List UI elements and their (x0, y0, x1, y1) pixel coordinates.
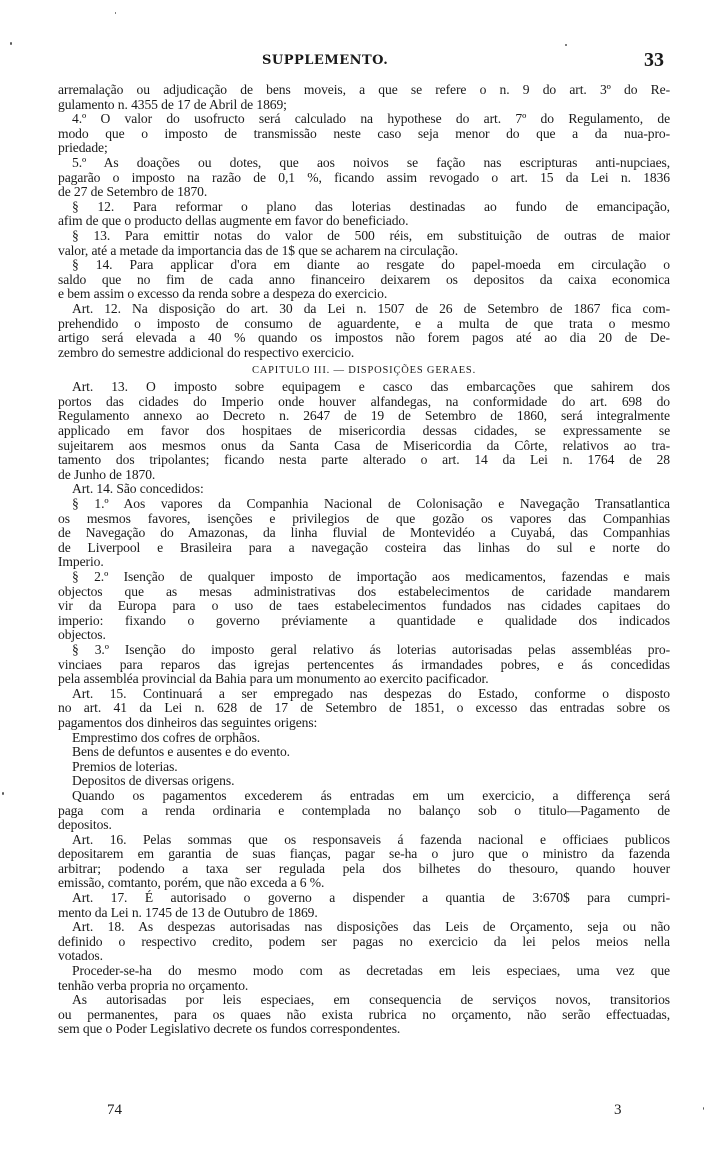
text-line: arbitrar; podendo a taxa ser regulada pe… (58, 862, 670, 877)
text-line: vir da Europa para o uso de taes estabel… (58, 599, 670, 614)
text-line: sem que o Poder Legislativo decrete os f… (58, 1022, 670, 1037)
text-line: de Navegação do Amazonas, da linha fluvi… (58, 526, 670, 541)
text-line: objectos. (58, 628, 670, 643)
text-line: priedade; (58, 141, 670, 156)
text-line: afim de que o producto dellas augmente e… (58, 214, 670, 229)
text-line: pagamentos dos dinheiros das seguintes o… (58, 716, 670, 731)
page-number: 33 (644, 49, 664, 72)
text-line: depositarem em garantia de suas fianças,… (58, 847, 670, 862)
chapter-heading: CAPITULO III. — DISPOSIÇÕES GERAES. (58, 360, 670, 380)
text-line: objectos que as mesas administrativas do… (58, 585, 670, 600)
text-line: § 13. Para emittir notas do valor de 500… (58, 229, 670, 244)
text-line: sujeitarem aos mesmos onus da Santa Casa… (58, 439, 670, 454)
body-text: arremalação ou adjudicação de bens movei… (58, 83, 670, 1037)
text-line: portos das cidades do Imperio onde houve… (58, 395, 670, 410)
text-line: definido o respectivo credito, podem ser… (58, 935, 670, 950)
text-line: 5.º As doações ou dotes, que aos noivos … (58, 156, 670, 171)
text-line: os mesmos favores, isenções e privilegio… (58, 512, 670, 527)
page-footer: 74 3 (0, 1102, 714, 1122)
text-line: de Liverpool e Brasileira para a navegaç… (58, 541, 670, 556)
text-line: Art. 18. As despezas autorisadas nas dis… (58, 920, 670, 935)
text-line: de 27 de Setembro de 1870. (58, 185, 670, 200)
text-line: § 2.º Isenção de qualquer imposto de imp… (58, 570, 670, 585)
text-line: mento da Lei n. 1745 de 13 de Outubro de… (58, 906, 670, 921)
text-line: tamento dos tripolantes; ficando nesta p… (58, 453, 670, 468)
text-line: pela assembléa provincial da Bahia para … (58, 672, 670, 687)
text-line: valor, até a metade da importancia das d… (58, 244, 670, 259)
text-line: Premios de loterias. (58, 760, 670, 775)
text-line: tenhão verba propria no orçamento. (58, 979, 670, 994)
signature-mark-left: 74 (107, 1102, 122, 1119)
text-line: saldo que no fim de cada anno financeiro… (58, 273, 670, 288)
text-line: Art. 17. É autorisado o governo a dispen… (58, 891, 670, 906)
text-line: Art. 15. Continuará a ser empregado nas … (58, 687, 670, 702)
text-line: As autorisadas por leis especiaes, em co… (58, 993, 670, 1008)
page-title: SUPPLEMENTO. (262, 53, 388, 68)
text-line: e bem assim o excesso da renda sobre a d… (58, 287, 670, 302)
text-line: de Junho de 1870. (58, 468, 670, 483)
text-line: Imperio. (58, 555, 670, 570)
text-line: Art. 12. Na disposição do art. 30 da Lei… (58, 302, 670, 317)
running-head: SUPPLEMENTO. 33 (0, 53, 714, 73)
text-line: pagarão o imposto na razão de 0,1 %, fic… (58, 171, 670, 186)
print-speck (115, 12, 116, 14)
print-speck (565, 44, 567, 46)
text-line: ou permanentes, para os quaes não exista… (58, 1008, 670, 1023)
text-line: Art. 14. São concedidos: (58, 482, 670, 497)
text-line: arremalação ou adjudicação de bens movei… (58, 83, 670, 98)
text-line: artigo será elevada a 40 % quando os imp… (58, 331, 670, 346)
text-line: Regulamento annexo ao Decreto n. 2647 de… (58, 409, 670, 424)
text-line: vinciaes para reparos das igrejas perten… (58, 658, 670, 673)
text-line: prehendido o imposto de consumo de aguar… (58, 317, 670, 332)
text-line: votados. (58, 949, 670, 964)
print-speck (10, 42, 12, 45)
signature-mark-right: 3 (614, 1102, 622, 1119)
text-line: depositos. (58, 818, 670, 833)
text-line: § 14. Para applicar d'ora em diante ao r… (58, 258, 670, 273)
print-speck (703, 1107, 704, 1110)
text-line: Quando os pagamentos excederem ás entrad… (58, 789, 670, 804)
document-page: SUPPLEMENTO. 33 arremalação ou adjudicaç… (0, 0, 714, 1169)
text-line: emissão, comtanto, porém, que não exceda… (58, 876, 670, 891)
text-line: modo que o imposto de transmissão neste … (58, 127, 670, 142)
text-line: Depositos de diversas origens. (58, 774, 670, 789)
text-line: imperio: fixando o governo préviamente a… (58, 614, 670, 629)
print-speck (2, 792, 4, 795)
text-line: 4.º O valor do usofructo será calculado … (58, 112, 670, 127)
text-line: Art. 13. O imposto sobre equipagem e cas… (58, 380, 670, 395)
text-line: § 1.º Aos vapores da Companhia Nacional … (58, 497, 670, 512)
text-line: Emprestimo dos cofres de orphãos. (58, 731, 670, 746)
text-line: Proceder-se-ha do mesmo modo com as decr… (58, 964, 670, 979)
text-line: zembro do semestre addicional do respect… (58, 346, 670, 361)
text-line: applicado em favor dos hospitaes de mise… (58, 424, 670, 439)
text-line: no art. 41 da Lei n. 628 de 17 de Setemb… (58, 701, 670, 716)
text-line: paga com a renda ordinaria e contemplada… (58, 804, 670, 819)
text-line: Bens de defuntos e ausentes e do evento. (58, 745, 670, 760)
text-line: gulamento n. 4355 de 17 de Abril de 1869… (58, 98, 670, 113)
text-line: § 3.º Isenção do imposto geral relativo … (58, 643, 670, 658)
text-line: Art. 16. Pelas sommas que os responsavei… (58, 833, 670, 848)
text-line: § 12. Para reformar o plano das loterias… (58, 200, 670, 215)
